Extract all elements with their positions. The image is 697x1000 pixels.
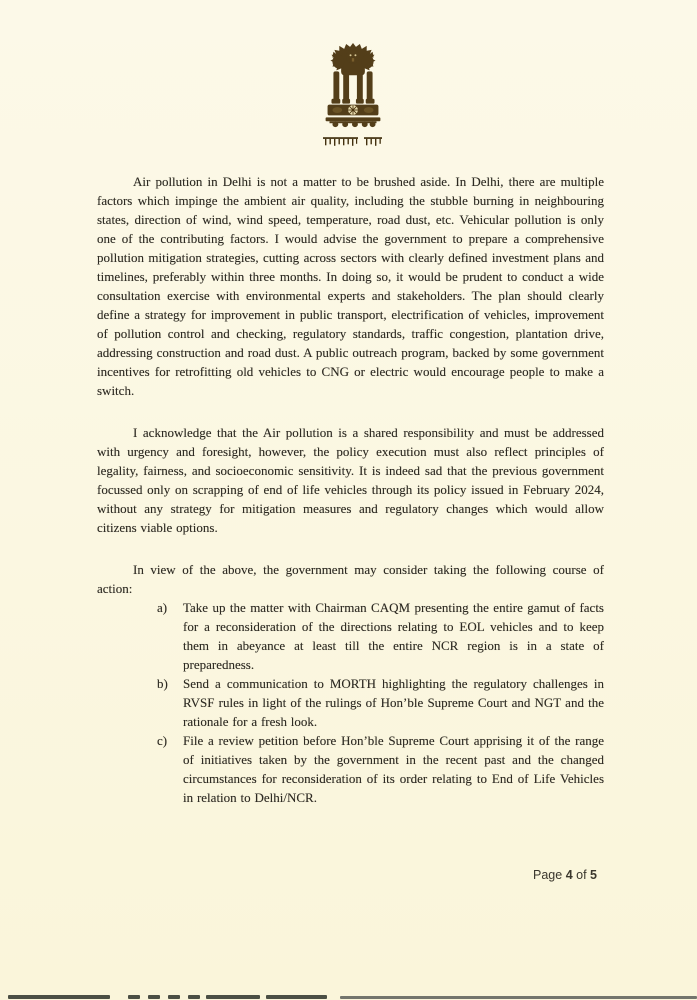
action-item-a: a) Take up the matter with Chairman CAQM… bbox=[183, 598, 604, 674]
action-item-a-marker: a) bbox=[157, 598, 167, 617]
footer-total-pages: 5 bbox=[590, 868, 597, 882]
page-number-footer: Page 4 of 5 bbox=[0, 868, 597, 882]
edge-segment bbox=[340, 996, 697, 999]
paragraph-course-of-action-intro: In view of the above, the government may… bbox=[97, 560, 604, 598]
scan-edge-artifact bbox=[0, 990, 697, 1000]
footer-word-page: Page bbox=[533, 868, 562, 882]
action-item-c-marker: c) bbox=[157, 731, 167, 750]
action-item-c-text: File a review petition before Hon’ble Su… bbox=[183, 733, 604, 805]
action-list: a) Take up the matter with Chairman CAQM… bbox=[183, 598, 604, 807]
emblem-of-india bbox=[320, 42, 386, 148]
emblem-motto bbox=[323, 136, 383, 148]
action-item-c: c) File a review petition before Hon’ble… bbox=[183, 731, 604, 807]
scanned-letter-page: Air pollution in Delhi is not a matter t… bbox=[0, 0, 697, 1000]
action-item-b: b) Send a communication to MORTH highlig… bbox=[183, 674, 604, 731]
edge-segment bbox=[266, 995, 327, 999]
footer-current-page: 4 bbox=[566, 868, 573, 882]
paragraph-air-pollution-factors: Air pollution in Delhi is not a matter t… bbox=[97, 172, 604, 400]
edge-segment bbox=[188, 995, 200, 999]
edge-segment bbox=[206, 995, 260, 999]
lion-capital-icon bbox=[321, 42, 385, 134]
edge-segment bbox=[148, 995, 160, 999]
edge-segment bbox=[168, 995, 180, 999]
footer-word-of: of bbox=[576, 868, 586, 882]
paragraph-shared-responsibility: I acknowledge that the Air pollution is … bbox=[97, 423, 604, 537]
action-item-b-marker: b) bbox=[157, 674, 168, 693]
letter-body: Air pollution in Delhi is not a matter t… bbox=[97, 172, 604, 807]
edge-segment bbox=[8, 995, 110, 999]
action-item-a-text: Take up the matter with Chairman CAQM pr… bbox=[183, 600, 604, 672]
action-item-b-text: Send a communication to MORTH highlighti… bbox=[183, 676, 604, 729]
edge-segment bbox=[128, 995, 140, 999]
